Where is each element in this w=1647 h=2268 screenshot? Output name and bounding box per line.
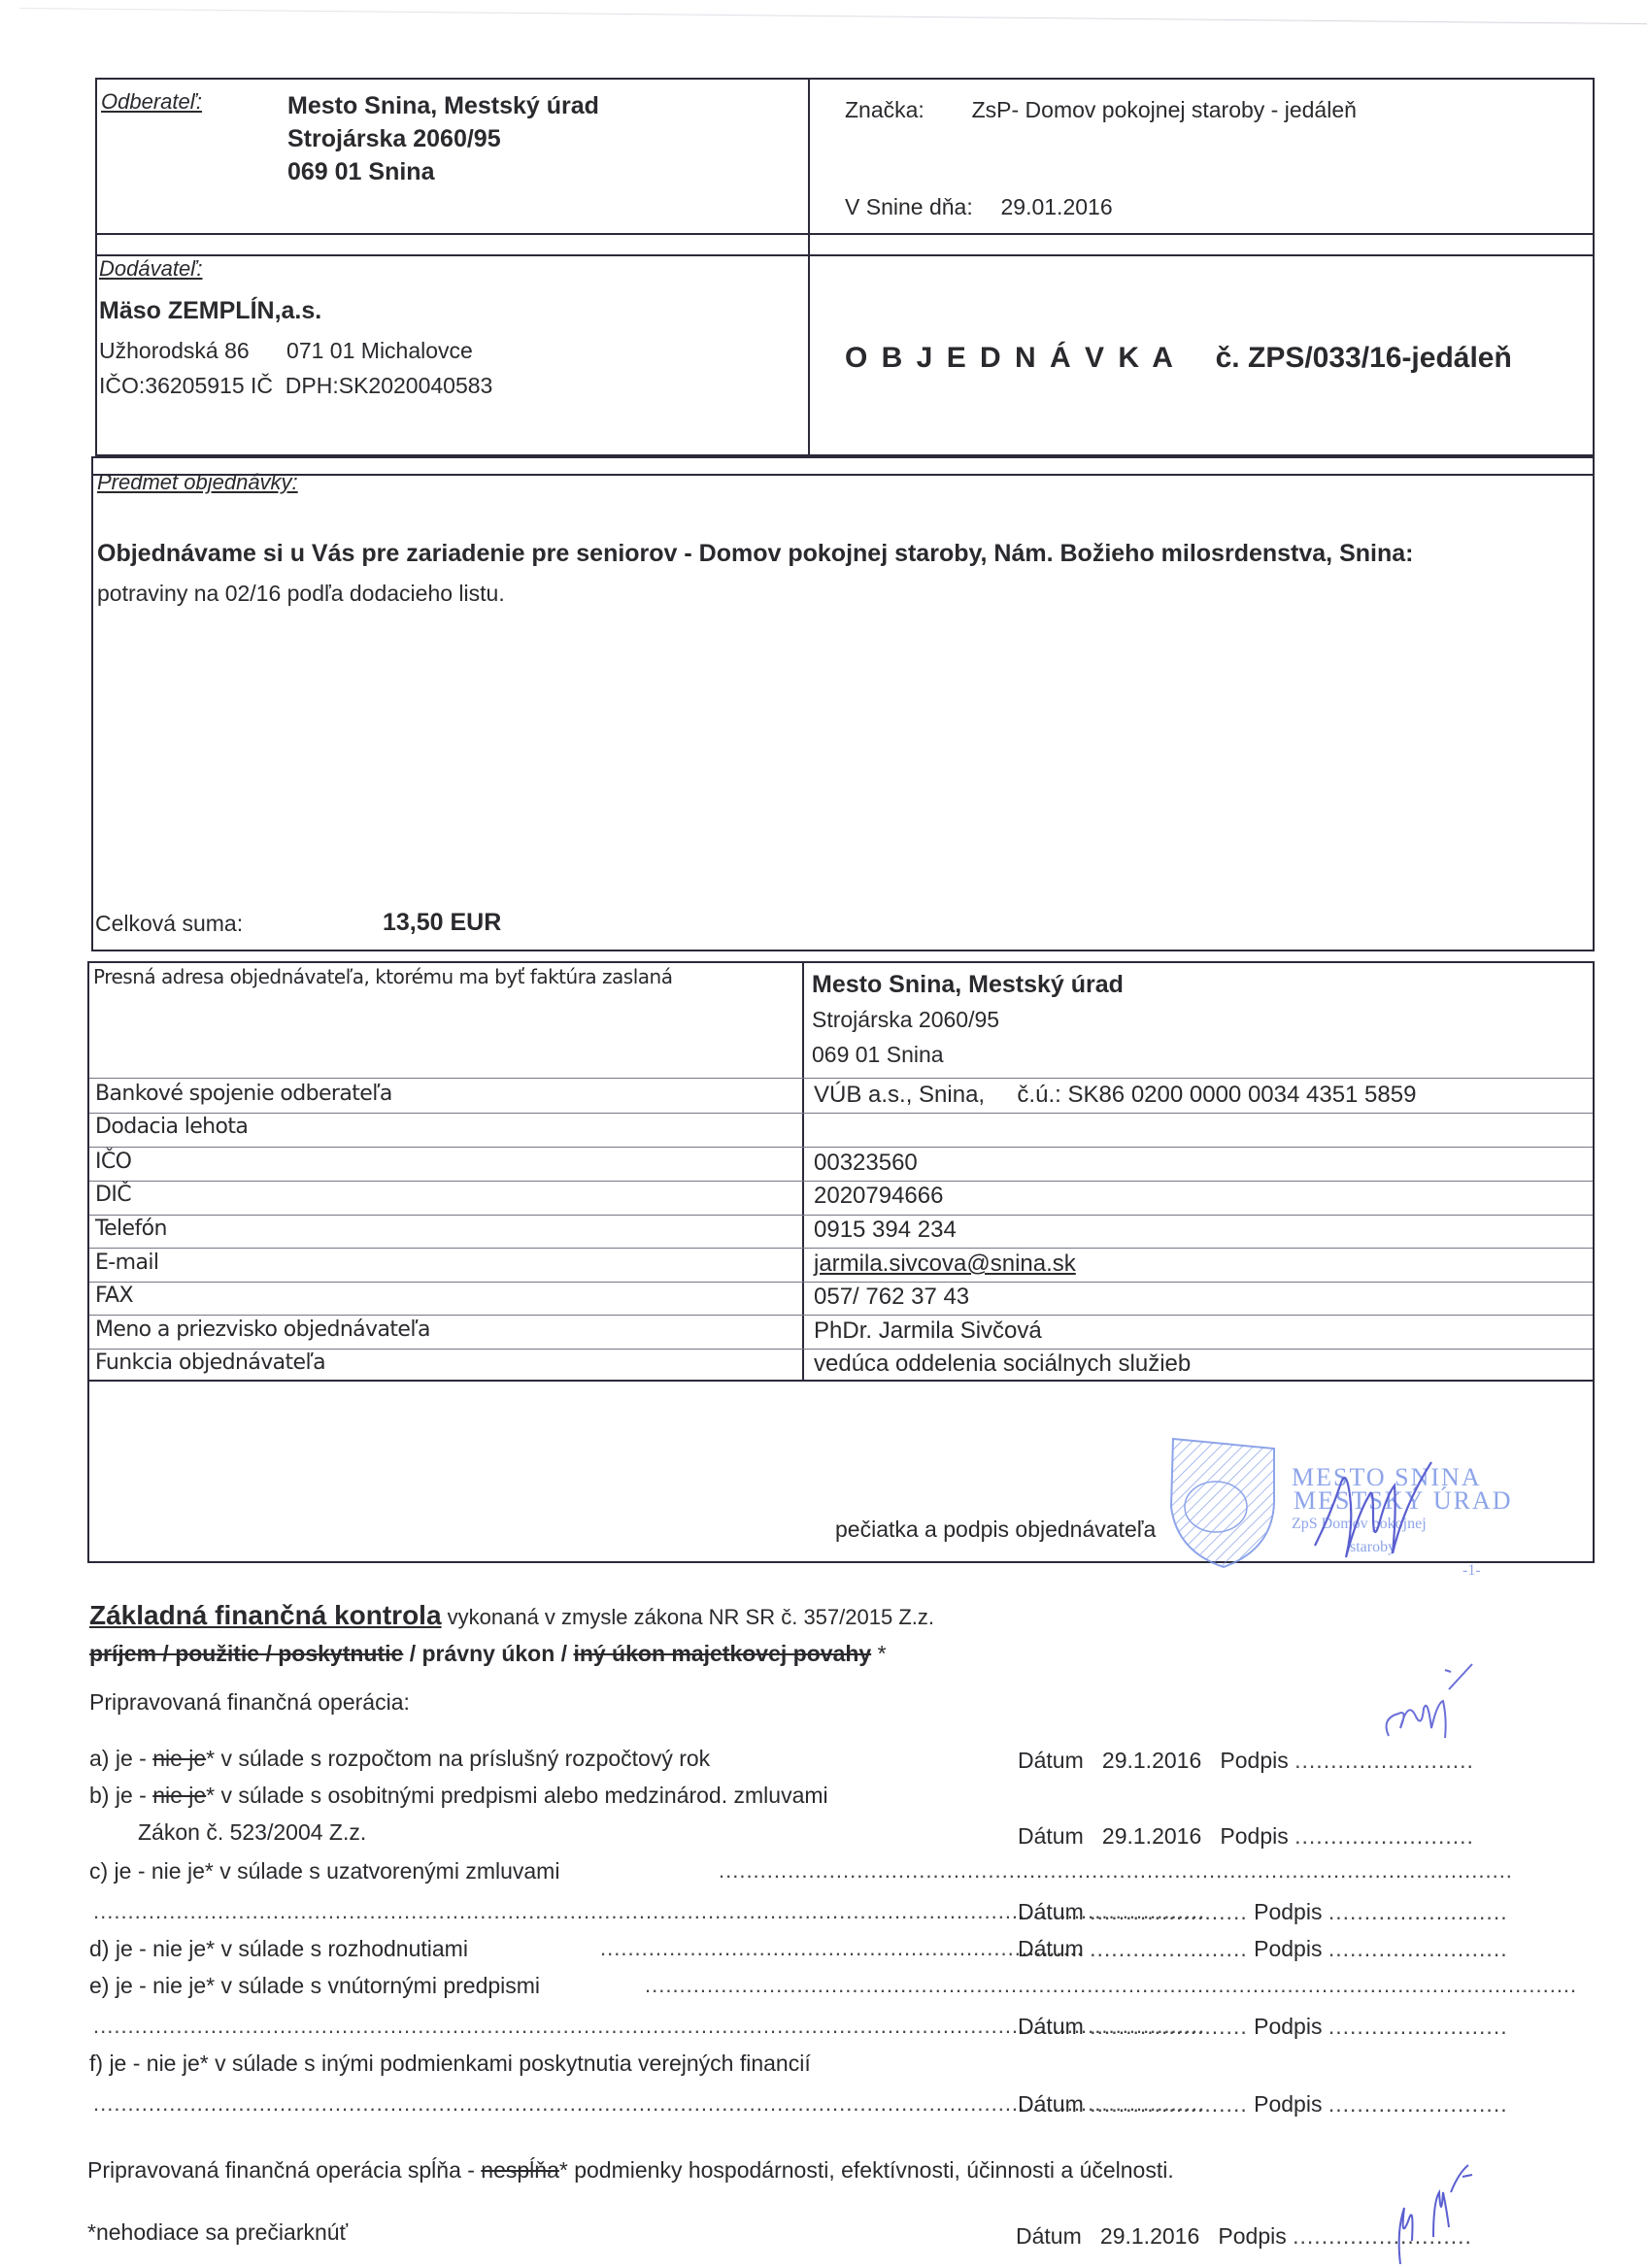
- item-prefix: a) je -: [89, 1746, 152, 1771]
- detail-label: DIČ: [95, 1183, 131, 1207]
- signature-icon: [1379, 2163, 1486, 2268]
- detail-value: 00323560: [814, 1150, 918, 1177]
- subject-top-line: [91, 474, 1595, 476]
- detail-label: Bankové spojenie odberateľa: [95, 1082, 392, 1106]
- supplier-address: Užhorodská 86 071 01 Michalovce: [99, 338, 473, 364]
- city-coat-of-arms-stamp-icon: [1165, 1435, 1282, 1571]
- detail-label: Dodacia lehota: [95, 1115, 248, 1139]
- control-intro: Pripravovaná finančná operácia:: [89, 1689, 410, 1716]
- types-struck-1: príjem / použitie / poskytnutie: [89, 1641, 403, 1666]
- types-kept: / právny úkon /: [403, 1641, 573, 1666]
- signature-field[interactable]: .........................: [1328, 1936, 1508, 1961]
- item-struck: nie je: [152, 1783, 206, 1808]
- invoice-address-line-3: 069 01 Snina: [812, 1037, 1124, 1072]
- datum-label: Dátum: [1018, 1748, 1084, 1773]
- datum-field[interactable]: ......................: [1090, 1899, 1248, 1924]
- item-e-blank-1[interactable]: ........................................…: [645, 1973, 1577, 1998]
- supplier-label-wrap: Dodávateľ:: [99, 256, 202, 282]
- detail-row-delivery: Dodacia lehota: [89, 1113, 1593, 1146]
- stamp-caption: pečiatka a podpis objednávateľa: [835, 1517, 1156, 1543]
- control-item-a-sign: Dátum 29.1.2016 Podpis .................…: [1018, 1748, 1474, 1774]
- control-item-b-sign: Dátum 29.1.2016 Podpis .................…: [1018, 1823, 1474, 1850]
- datum-label: Dátum: [1018, 1936, 1084, 1961]
- subject-detail-text: potraviny na 02/16 podľa dodacieho listu…: [97, 581, 505, 607]
- odberatel-label: Odberateľ:: [101, 89, 202, 114]
- signature-icon: [1379, 1660, 1486, 1748]
- email-link[interactable]: jarmila.sivcova@snina.sk: [814, 1251, 1076, 1278]
- order-title-row: O B J E D N Á V K A č. ZPS/033/16-jedále…: [845, 342, 1512, 375]
- subject-label: Predmet objednávky:: [97, 470, 298, 494]
- podpis-label: Podpis: [1218, 2223, 1286, 2249]
- control-item-d-sign: Dátum ...................... Podpis ....…: [1018, 1936, 1508, 1962]
- date-label: V Snine dňa:: [845, 194, 973, 219]
- signature-field[interactable]: .........................: [1328, 2091, 1508, 2117]
- supplier-name: Mäso ZEMPLÍN,a.s.: [99, 297, 321, 325]
- detail-label: FAX: [95, 1284, 133, 1308]
- detail-row-name: Meno a priezvisko objednávateľa PhDr. Ja…: [89, 1316, 1593, 1349]
- znacka-value: ZsP- Domov pokojnej staroby - jedáleň: [972, 97, 1357, 122]
- datum-label: Dátum: [1018, 2091, 1084, 2117]
- detail-label: Funkcia objednávateľa: [95, 1351, 325, 1375]
- signature-field[interactable]: .........................: [1328, 1899, 1508, 1924]
- control-item-a: a) je - nie je* v súlade s rozpočtom na …: [89, 1746, 710, 1772]
- item-prefix: f) je - nie je: [89, 2051, 200, 2076]
- header-divider: [808, 78, 810, 456]
- datum-field[interactable]: ......................: [1090, 2014, 1248, 2039]
- datum-label: Dátum: [1018, 1823, 1084, 1849]
- detail-row-dic: DIČ 2020794666: [89, 1181, 1593, 1214]
- order-title: O B J E D N Á V K A: [845, 342, 1176, 374]
- conclusion-text: Pripravovaná finančná operácia spĺňa -: [87, 2157, 481, 2183]
- datum-label: Dátum: [1018, 2014, 1084, 2039]
- control-title-suffix: vykonaná v zmysle zákona NR SR č. 357/20…: [442, 1605, 934, 1629]
- datum-field[interactable]: ......................: [1090, 1936, 1248, 1961]
- datum-value: 29.1.2016: [1102, 1748, 1201, 1773]
- item-struck: nie je: [152, 1746, 206, 1771]
- item-text: * v súlade s osobitnými predpismi alebo …: [206, 1783, 827, 1808]
- control-item-e: e) je - nie je* v súlade s vnútornými pr…: [89, 1973, 540, 1999]
- supplier-ids: IČO:36205915 IČ DPH:SK2020040583: [99, 373, 492, 399]
- podpis-label: Podpis: [1220, 1748, 1288, 1773]
- header-bottom-line: [95, 233, 1595, 235]
- podpis-label: Podpis: [1220, 1823, 1288, 1849]
- podpis-label: Podpis: [1254, 2014, 1322, 2039]
- control-item-e-sign: Dátum ...................... Podpis ....…: [1018, 2014, 1508, 2040]
- detail-label: IČO: [95, 1150, 131, 1174]
- detail-row-ico: IČO 00323560: [89, 1148, 1593, 1181]
- control-types: príjem / použitie / poskytnutie / právny…: [89, 1641, 887, 1667]
- total-label: Celková suma:: [95, 911, 243, 937]
- item-c-blank-1[interactable]: ........................................…: [719, 1858, 1513, 1884]
- invoice-address-line-1: Mesto Snina, Mestský úrad: [812, 967, 1124, 1002]
- detail-row-fax: FAX 057/ 762 37 43: [89, 1282, 1593, 1315]
- total-value: 13,50 EUR: [383, 909, 501, 937]
- control-item-b: b) je - nie je* v súlade s osobitnými pr…: [89, 1783, 828, 1809]
- item-prefix: c) je - nie je: [89, 1858, 205, 1884]
- podpis-label: Podpis: [1254, 1899, 1322, 1924]
- item-prefix: e) je - nie je: [89, 1973, 206, 1998]
- supplier-top-line: [95, 254, 1595, 256]
- control-item-f: f) je - nie je* v súlade s inými podmien…: [89, 2051, 811, 2077]
- details-stamp-line: [87, 1380, 1595, 1382]
- item-text: * v súlade s rozpočtom na príslušný rozp…: [206, 1746, 710, 1771]
- item-d-blank[interactable]: ........................................…: [600, 1936, 1084, 1961]
- item-text: * v súlade s uzatvorenými zmluvami: [205, 1858, 560, 1884]
- row-line: [89, 1078, 1593, 1079]
- datum-value: 29.1.2016: [1100, 2223, 1199, 2249]
- odberatel-line-2: Strojárska 2060/95: [287, 122, 599, 155]
- signature-field[interactable]: .........................: [1328, 2014, 1508, 2039]
- invoice-address-line-2: Strojárska 2060/95: [812, 1002, 1124, 1037]
- types-star: *: [871, 1641, 886, 1666]
- detail-value: 2020794666: [814, 1183, 943, 1210]
- date-row: V Snine dňa: 29.01.2016: [845, 194, 1113, 220]
- item-text: * v súlade s inými podmienkami poskytnut…: [200, 2051, 811, 2076]
- subject-label-wrap: Predmet objednávky:: [97, 470, 298, 495]
- datum-field[interactable]: ......................: [1090, 2091, 1248, 2117]
- podpis-label: Podpis: [1254, 1936, 1322, 1961]
- signature-icon: [1311, 1456, 1437, 1573]
- detail-value: VÚB a.s., Snina, č.ú.: SK86 0200 0000 00…: [814, 1082, 1416, 1109]
- detail-row-bank: Bankové spojenie odberateľa VÚB a.s., Sn…: [89, 1080, 1593, 1113]
- control-item-b-subtext: Zákon č. 523/2004 Z.z.: [138, 1819, 366, 1846]
- subject-frame: [91, 456, 1595, 951]
- conclusion-struck: nespĺňa: [481, 2157, 559, 2183]
- detail-value: PhDr. Jarmila Sivčová: [814, 1317, 1042, 1345]
- znacka-row: Značka: ZsP- Domov pokojnej staroby - je…: [845, 97, 1357, 123]
- control-item-f-sign: Dátum ...................... Podpis ....…: [1018, 2091, 1508, 2118]
- control-title: Základná finančná kontrola: [89, 1600, 442, 1630]
- supplier-label: Dodávateľ:: [99, 256, 202, 281]
- conclusion-text-end: * podmienky hospodárnosti, efektívnosti,…: [559, 2157, 1174, 2183]
- footnote: *nehodiace sa prečiarknúť: [87, 2219, 348, 2246]
- control-item-c: c) je - nie je* v súlade s uzatvorenými …: [89, 1858, 559, 1884]
- item-prefix: d) je - nie je: [89, 1936, 206, 1961]
- control-conclusion: Pripravovaná finančná operácia spĺňa - n…: [87, 2157, 1174, 2184]
- detail-value: 0915 394 234: [814, 1217, 957, 1244]
- detail-row-phone: Telefón 0915 394 234: [89, 1215, 1593, 1248]
- odberatel-line-3: 069 01 Snina: [287, 155, 599, 188]
- invoice-address: Mesto Snina, Mestský úrad Strojárska 206…: [812, 967, 1124, 1072]
- control-item-c-sign: Dátum ...................... Podpis ....…: [1018, 1899, 1508, 1925]
- invoice-address-label: Presná adresa objednávateľa, ktorému ma …: [93, 965, 672, 988]
- detail-value: 057/ 762 37 43: [814, 1284, 969, 1311]
- znacka-label: Značka:: [845, 97, 924, 122]
- item-text: * v súlade s vnútornými predpismi: [206, 1973, 540, 1998]
- detail-label: Telefón: [95, 1217, 167, 1241]
- detail-label: E-mail: [95, 1251, 158, 1275]
- datum-label: Dátum: [1018, 1899, 1084, 1924]
- types-struck-2: iný úkon majetkovej povahy: [573, 1641, 871, 1666]
- detail-label: Meno a priezvisko objednávateľa: [95, 1317, 430, 1342]
- item-prefix: b) je -: [89, 1783, 152, 1808]
- scan-edge: [19, 8, 1647, 24]
- datum-value: 29.1.2016: [1102, 1823, 1201, 1849]
- signature-field[interactable]: .........................: [1294, 1823, 1474, 1849]
- subject-main-text: Objednávame si u Vás pre zariadenie pre …: [97, 540, 1413, 568]
- control-title-row: Základná finančná kontrola vykonaná v zm…: [89, 1600, 934, 1631]
- podpis-label: Podpis: [1254, 2091, 1322, 2117]
- odberatel-block: Odberateľ:: [101, 89, 202, 115]
- order-number-prefix: č.: [1216, 342, 1240, 374]
- order-number: ZPS/033/16-jedáleň: [1248, 342, 1512, 374]
- date-value: 29.01.2016: [1001, 194, 1113, 219]
- datum-label: Dátum: [1016, 2223, 1082, 2249]
- odberatel-address: Mesto Snina, Mestský úrad Strojárska 206…: [287, 89, 599, 188]
- detail-row-email: E-mail jarmila.sivcova@snina.sk: [89, 1249, 1593, 1282]
- item-text: * v súlade s rozhodnutiami: [206, 1936, 468, 1961]
- detail-row-function: Funkcia objednávateľa vedúca oddelenia s…: [89, 1349, 1593, 1382]
- control-item-d: d) je - nie je* v súlade s rozhodnutiami: [89, 1936, 468, 1962]
- detail-value: vedúca oddelenia sociálnych služieb: [814, 1351, 1191, 1378]
- odberatel-line-1: Mesto Snina, Mestský úrad: [287, 89, 599, 122]
- signature-field[interactable]: .........................: [1294, 1748, 1474, 1773]
